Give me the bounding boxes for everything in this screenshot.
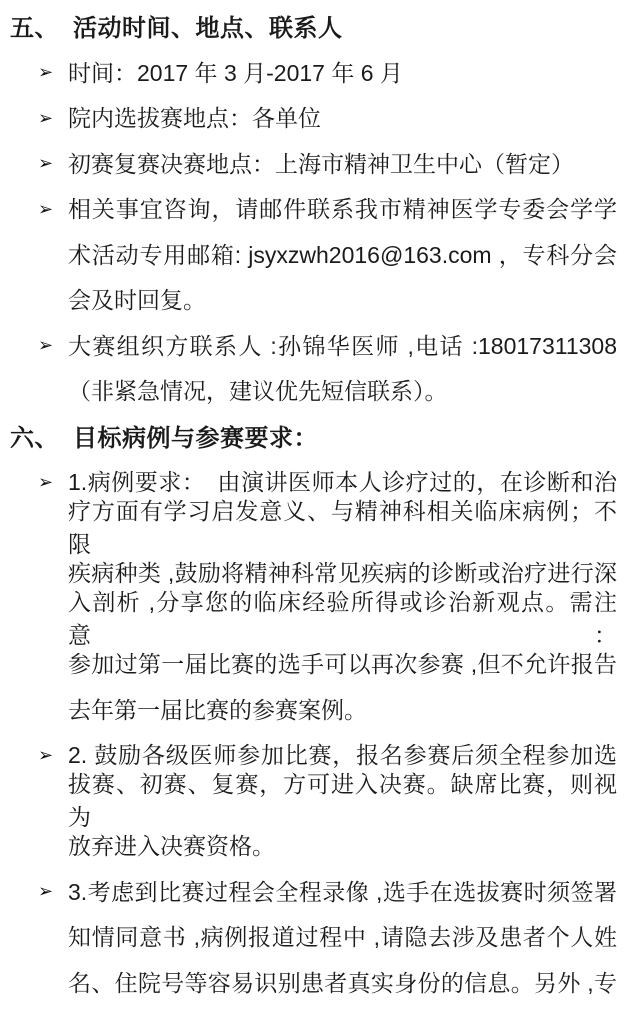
line-text: 大赛组织方联系人 :孙锦华医师 ,电话 :18017311308 (68, 328, 617, 361)
continuation-line: 放弃进入决赛资格。 (0, 822, 640, 868)
arrowhead-bullet-icon: ➢ (38, 471, 68, 491)
line-text: 拔赛、初赛、复赛，方可进入决赛。缺席比赛，则视为 (68, 766, 617, 832)
line-text: 会及时回复。 (68, 282, 617, 315)
line-text: 参加过第一届比赛的选手可以再次参赛 ,但不允许报告 (68, 646, 617, 679)
bullet-item-time: ➢ 时间：2017 年 3 月-2017 年 6 月 (0, 49, 640, 95)
continuation-line: 会及时回复。 (0, 276, 640, 322)
section-number: 五、 (0, 8, 73, 43)
arrowhead-bullet-icon: ➢ (38, 334, 68, 354)
bullet-item-venue-internal: ➢ 院内选拔赛地点：各单位 (0, 94, 640, 140)
arrowhead-bullet-icon: ➢ (38, 198, 68, 218)
continuation-line: 参加过第一届比赛的选手可以再次参赛 ,但不允许报告 (0, 640, 640, 686)
continuation-line: 疗方面有学习启发意义、与精神科相关临床病例；不限 (0, 504, 640, 550)
line-text: 放弃进入决赛资格。 (68, 828, 617, 861)
line-text: （非紧急情况，建议优先短信联系）。 (68, 373, 617, 406)
line-text: 知情同意书 ,病例报道过程中 ,请隐去涉及患者个人姓 (68, 919, 617, 952)
line-text: 术活动专用邮箱: jsyxzwh2016@163.com ，专科分会 (68, 237, 617, 270)
arrowhead-bullet-icon: ➢ (38, 744, 68, 764)
arrowhead-bullet-icon: ➢ (38, 152, 68, 172)
line-text: 院内选拔赛地点：各单位 (68, 100, 617, 133)
line-text: 3.考虑到比赛过程会全程录像 ,选手在选拔赛时须签署 (68, 874, 617, 907)
section-title: 活动时间、地点、联系人 (73, 8, 343, 43)
section-number: 六、 (0, 418, 73, 453)
section-heading-6: 六、 目标病例与参赛要求： (0, 413, 640, 459)
bullet-item-rule-3: ➢ 3.考虑到比赛过程会全程录像 ,选手在选拔赛时须签署 (0, 868, 640, 914)
continuation-line: （非紧急情况，建议优先短信联系）。 (0, 367, 640, 413)
continuation-line: 入剖析 ,分享您的临床经验所得或诊治新观点。需注意： (0, 595, 640, 641)
bullet-item-phone-contact: ➢ 大赛组织方联系人 :孙锦华医师 ,电话 :18017311308 (0, 322, 640, 368)
continuation-line: 知情同意书 ,病例报道过程中 ,请隐去涉及患者个人姓 (0, 913, 640, 959)
line-text: 名、住院号等容易识别患者真实身份的信息。另外 ,专 (68, 965, 617, 998)
arrowhead-bullet-icon: ➢ (38, 61, 68, 81)
continuation-line: 去年第一届比赛的参赛案例。 (0, 686, 640, 732)
line-text: 去年第一届比赛的参赛案例。 (68, 692, 617, 725)
bullet-item-email-contact: ➢ 相关事宜咨询，请邮件联系我市精神医学专委会学学 (0, 185, 640, 231)
line-text: 疗方面有学习启发意义、与精神科相关临床病例；不限 (68, 493, 617, 559)
arrowhead-bullet-icon: ➢ (38, 880, 68, 900)
line-text: 初赛复赛决赛地点：上海市精神卫生中心（暂定） (68, 146, 617, 179)
line-text: 时间：2017 年 3 月-2017 年 6 月 (68, 55, 617, 88)
continuation-line: 名、住院号等容易识别患者真实身份的信息。另外 ,专 (0, 959, 640, 1005)
arrowhead-bullet-icon: ➢ (38, 107, 68, 127)
bullet-item-venue-finals: ➢ 初赛复赛决赛地点：上海市精神卫生中心（暂定） (0, 140, 640, 186)
line-text: 相关事宜咨询，请邮件联系我市精神医学专委会学学 (68, 191, 617, 224)
section-heading-5: 五、 活动时间、地点、联系人 (0, 3, 640, 49)
document-page: 五、 活动时间、地点、联系人 ➢ 时间：2017 年 3 月-2017 年 6 … (0, 0, 640, 1022)
continuation-line-email: 术活动专用邮箱: jsyxzwh2016@163.com ，专科分会 (0, 231, 640, 277)
line-text: 入剖析 ,分享您的临床经验所得或诊治新观点。需注意： (68, 584, 617, 650)
continuation-line: 拔赛、初赛、复赛，方可进入决赛。缺席比赛，则视为 (0, 777, 640, 823)
section-title: 目标病例与参赛要求： (73, 418, 318, 453)
